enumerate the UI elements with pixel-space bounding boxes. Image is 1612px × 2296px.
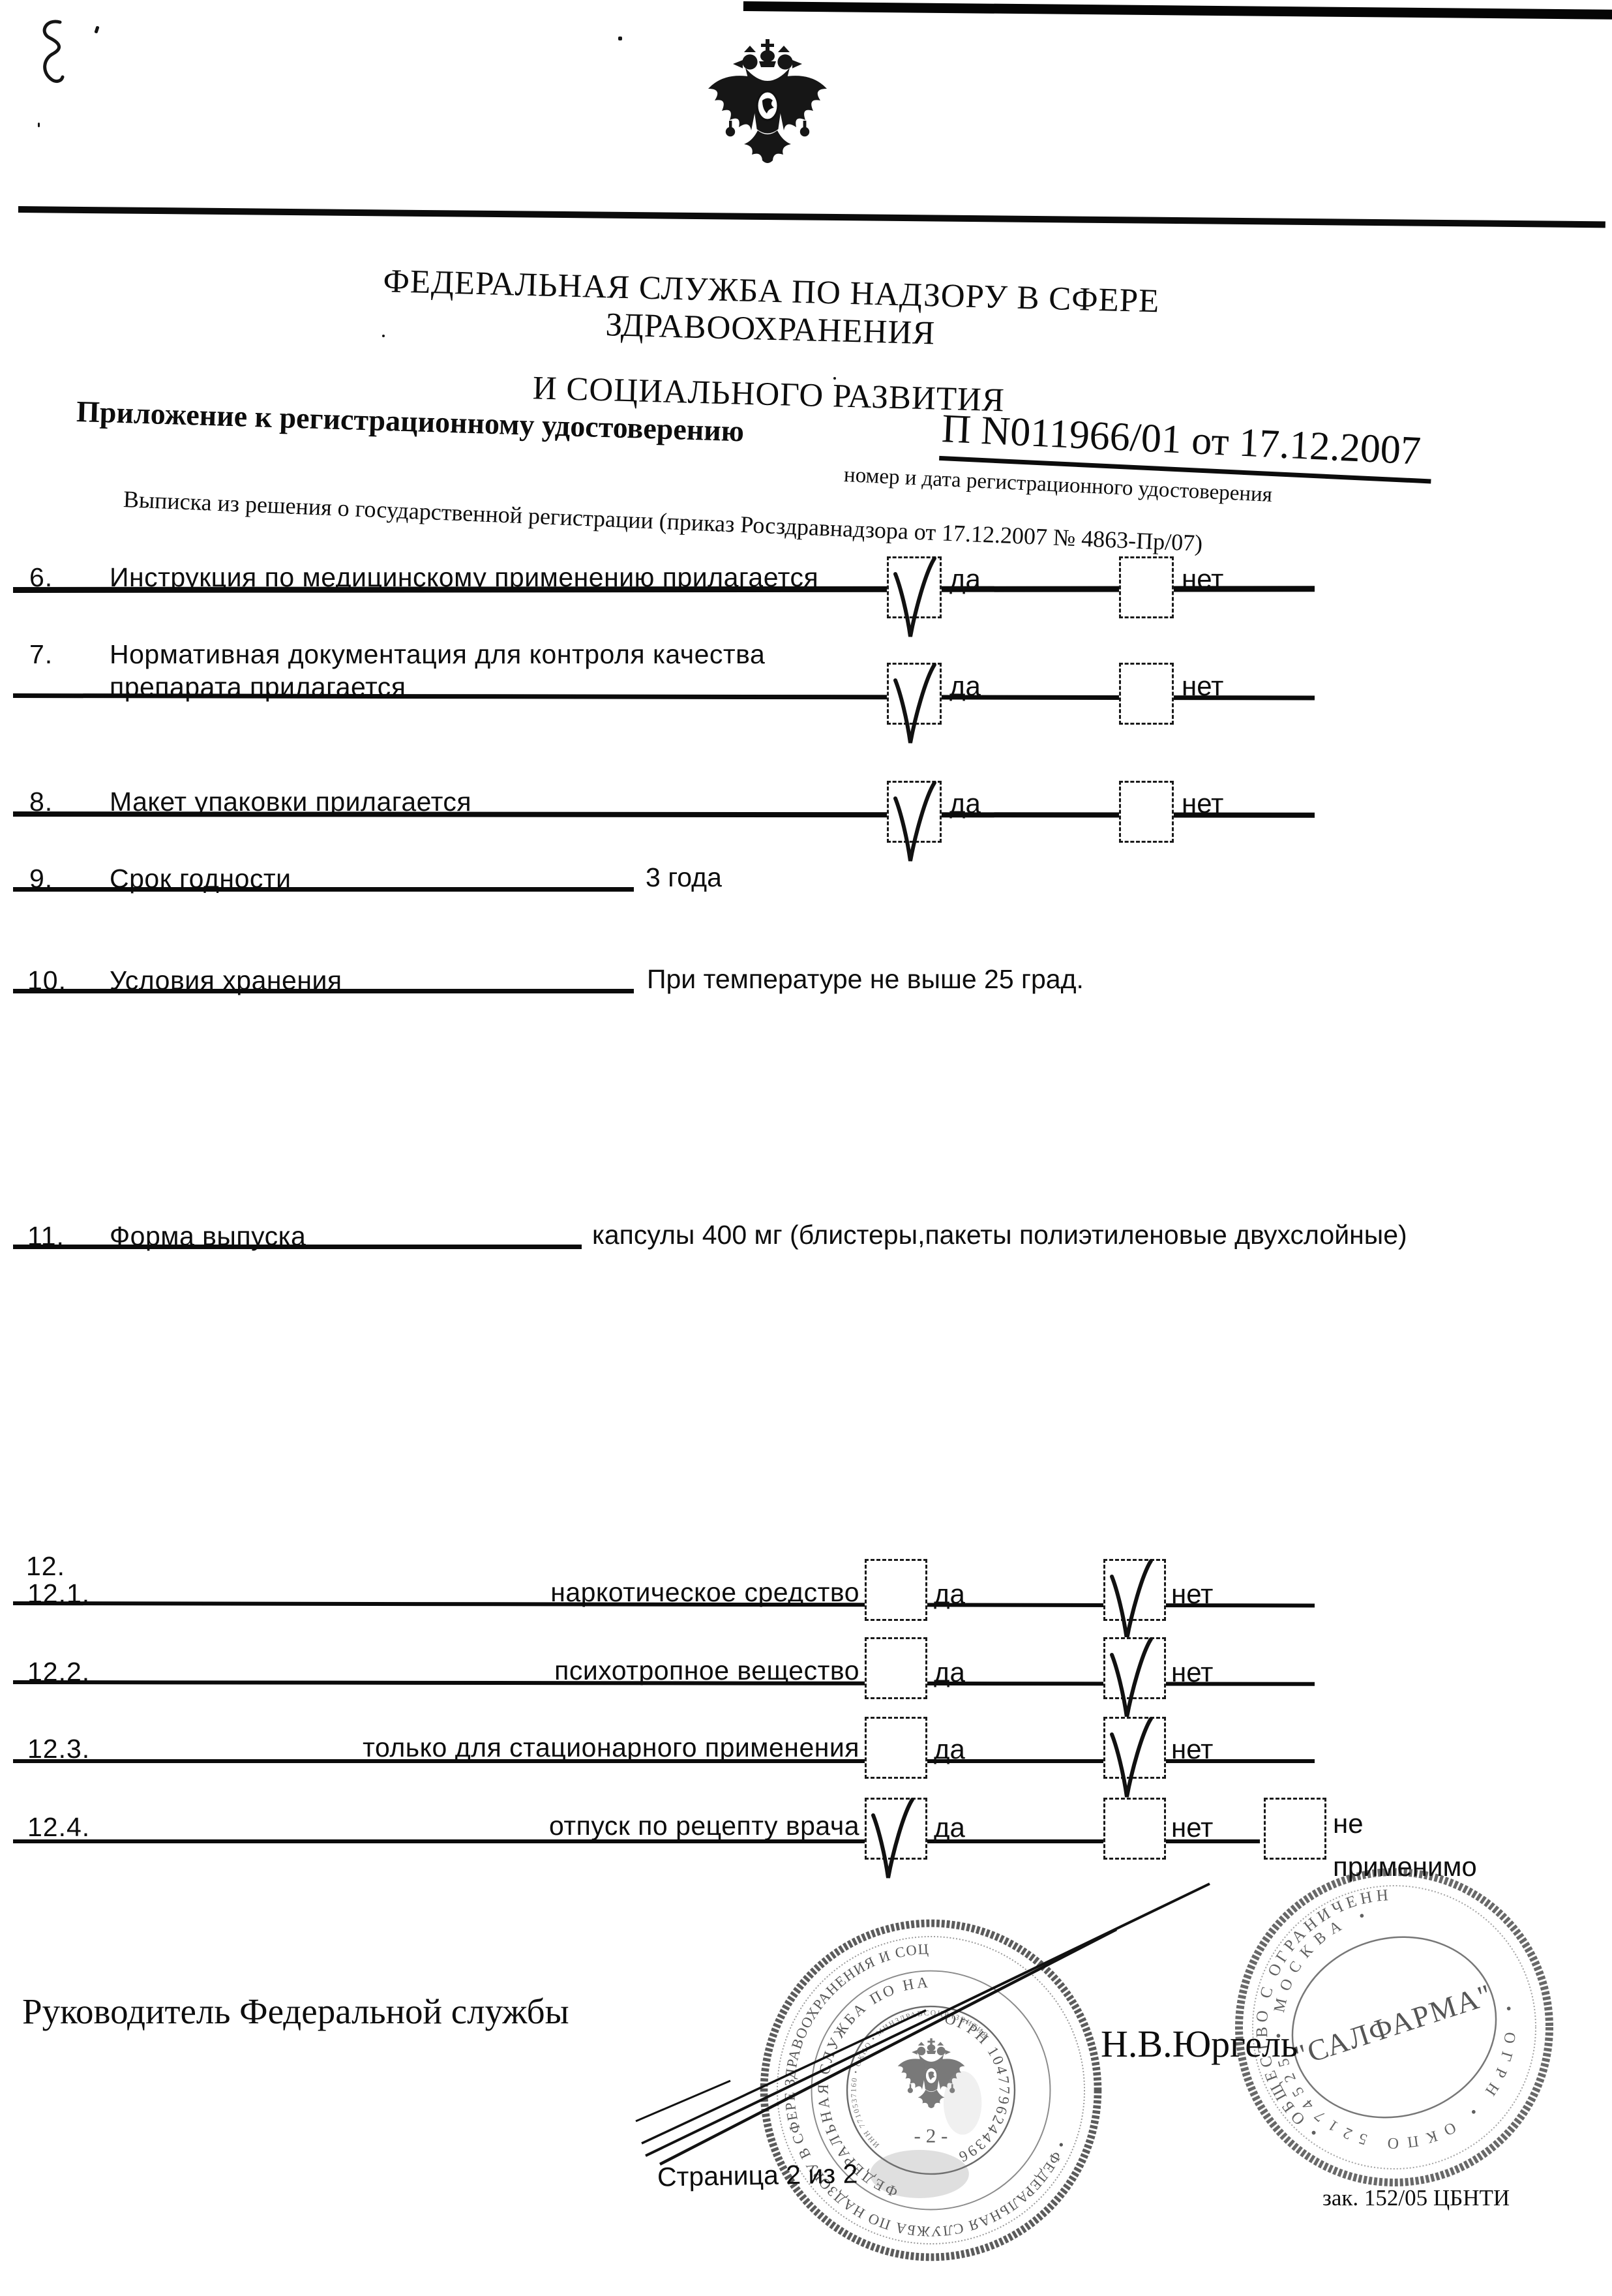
agency-name: ФЕДЕРАЛЬНАЯ СЛУЖБА ПО НАДЗОРУ В СФЕРЕ ЗД…: [224, 258, 1315, 428]
item-12-1-no-label: нет: [1171, 1578, 1213, 1610]
item-10-underline: [13, 989, 634, 993]
check-icon: [886, 659, 945, 757]
item-7-number: 7.: [29, 639, 53, 670]
scan-speck: [94, 25, 99, 33]
item-12-2-yes-label: да: [934, 1657, 965, 1688]
item-12-4-na-label-line1: не: [1333, 1808, 1364, 1839]
item-6-yes-checkbox: [887, 556, 942, 618]
item-12-4-underline: [13, 1839, 1260, 1843]
item-11-value: капсулы 400 мг (блистеры,пакеты полиэтил…: [592, 1220, 1407, 1250]
item-12-2-no-label: нет: [1171, 1657, 1213, 1688]
item-12-1-yes-checkbox: [865, 1559, 927, 1621]
item-8-no-label: нет: [1182, 788, 1223, 819]
order-note: зак. 152/05 ЦБНТИ: [1322, 2185, 1510, 2211]
item-7-no-label: нет: [1182, 671, 1223, 702]
item-12-4-no-label: нет: [1171, 1812, 1213, 1843]
check-icon: [1103, 1714, 1161, 1811]
scan-speck: [618, 37, 622, 40]
item-12-4-yes-checkbox: [865, 1798, 927, 1860]
item-12-2-no-checkbox: [1103, 1637, 1166, 1699]
item-6-no-label: нет: [1182, 564, 1223, 595]
item-8-yes-label: да: [949, 788, 981, 819]
item-12-4-na-checkbox: [1264, 1798, 1326, 1860]
item-7-label-line1: Нормативная документация для контроля ка…: [110, 639, 765, 670]
item-12-4-yes-label: да: [934, 1812, 965, 1843]
header-divider-line: [18, 206, 1605, 228]
page-note: Страница 2 из 2: [657, 2158, 858, 2192]
item-12-3-yes-checkbox: [865, 1717, 927, 1779]
item-12-4-label: отпуск по рецепту врача: [254, 1811, 859, 1841]
item-7-yes-label: да: [949, 671, 981, 702]
item-6-yes-label: да: [949, 564, 981, 595]
item-12-4-no-checkbox: [1103, 1798, 1166, 1860]
scanned-document-page: ФЕДЕРАЛЬНАЯ СЛУЖБА ПО НАДЗОРУ В СФЕРЕ ЗД…: [0, 0, 1612, 2296]
item-12-1-no-checkbox: [1103, 1559, 1166, 1621]
signatory-name: Н.В.Юргель: [1101, 2022, 1298, 2066]
item-12-4-number: 12.4.: [27, 1812, 90, 1843]
item-9-value: 3 года: [646, 862, 722, 893]
scan-artifact-top-bar: [743, 1, 1612, 20]
item-12-3-yes-label: да: [934, 1734, 965, 1765]
item-6-no-checkbox: [1119, 556, 1174, 618]
stamp-right-center-text: "САЛФАРМА": [1291, 1978, 1497, 2073]
item-12-1-yes-label: да: [934, 1578, 965, 1610]
item-10-value: При температуре не выше 25 град.: [647, 964, 1084, 995]
check-icon: [886, 778, 945, 875]
item-12-3-label: только для стационарного применения: [254, 1732, 859, 1763]
handwritten-mark-8: [34, 17, 80, 95]
item-12-2-yes-checkbox: [865, 1637, 927, 1699]
item-7-yes-checkbox: [887, 663, 942, 725]
check-icon: [886, 553, 945, 651]
item-12-3-no-checkbox: [1103, 1717, 1166, 1779]
coat-of-arms-eagle: [701, 39, 833, 170]
item-8-no-checkbox: [1119, 781, 1174, 843]
item-11-underline: [13, 1245, 582, 1249]
item-7-no-checkbox: [1119, 663, 1174, 725]
item-12-3-no-label: нет: [1171, 1734, 1213, 1765]
scan-speck: [38, 123, 40, 127]
item-8-yes-checkbox: [887, 781, 942, 843]
agency-name-line1: ФЕДЕРАЛЬНАЯ СЛУЖБА ПО НАДЗОРУ В СФЕРЕ ЗД…: [226, 258, 1315, 363]
item-9-underline: [13, 887, 634, 892]
signatory-title: Руководитель Федеральной службы: [22, 1991, 569, 2032]
item-12-number: 12.: [26, 1551, 65, 1582]
